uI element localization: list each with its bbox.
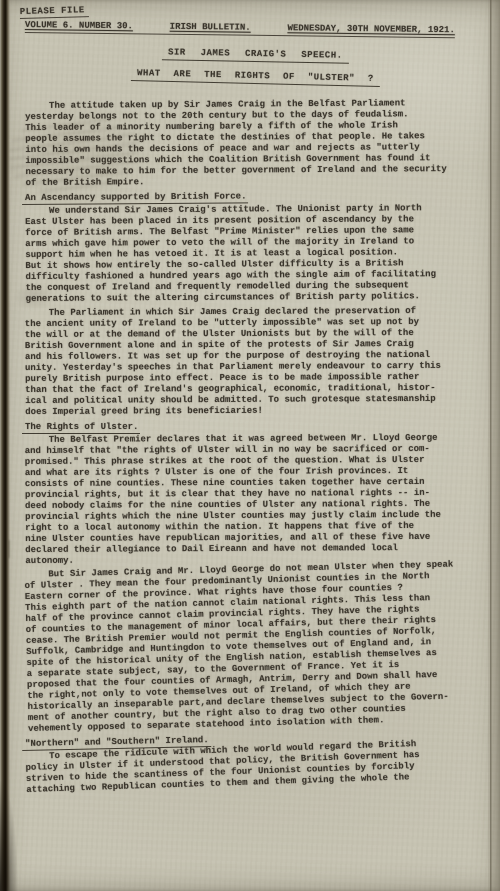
masthead-date: WEDNESDAY, 30TH NOVEMBER, 1921.: [287, 23, 455, 36]
page-left-edge: [0, 0, 10, 891]
document-page: PLEASE FILE VOLUME 6. NUMBER 30. IRISH B…: [0, 0, 500, 891]
paragraph-rights: The Belfast Premier declares that it was…: [25, 433, 487, 567]
paragraph-parliament: The Parliament in which Sir James Craig …: [25, 306, 487, 418]
section-rights-of-ulster: The Rights of Ulster. The Belfast Premie…: [25, 421, 486, 735]
masthead-volume-number: VOLUME 6. NUMBER 30.: [25, 20, 133, 32]
file-note: PLEASE FILE: [20, 5, 89, 19]
page-content: PLEASE FILE VOLUME 6. NUMBER 30. IRISH B…: [0, 0, 500, 796]
headline-secondary: WHAT ARE THE RIGHTS OF "ULSTER" ?: [131, 68, 380, 87]
masthead-title: IRISH BULLETIN.: [170, 22, 251, 34]
section-heading-rights: The Rights of Ulster.: [22, 422, 140, 434]
paragraph-ascendancy: We understand Sir James Craig's attitude…: [25, 203, 487, 305]
section-ascendancy: An Ascendancy supported by British Force…: [25, 192, 486, 418]
page-right-edge: [488, 0, 500, 891]
paragraph-intro: The attitude taken up by Sir James Craig…: [25, 98, 487, 189]
section-partition: "Northern" and "Southern" Ireland. To es…: [25, 738, 486, 796]
paragraph-four-counties: But Sir James Craig and Mr. Lloyd George…: [24, 559, 489, 735]
section-heading-ascendancy: An Ascendancy supported by British Force…: [22, 191, 249, 205]
headline-secondary-row: WHAT ARE THE RIGHTS OF "ULSTER" ?: [25, 62, 486, 84]
